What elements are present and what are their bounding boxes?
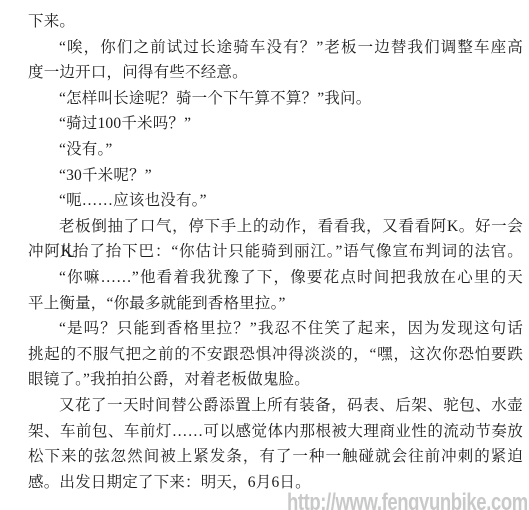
- text-line: 眼镜了。”我拍拍公爵，对着老板做鬼脸。: [28, 367, 523, 393]
- text-line: 下来。: [28, 9, 523, 35]
- text-line: 平上衡量，“你最多就能到香格里拉。”: [28, 291, 523, 317]
- text-line: “怎样叫长途呢？骑一个下午算不算？”我问。: [28, 86, 523, 112]
- text-line: 又花了一天时间替公爵添置上所有装备，码表、后架、驼包、水壶: [28, 393, 523, 419]
- text-line: 架、车前包、车前灯……可以感觉体内那根被大理商业性的流动节奏放: [28, 419, 523, 445]
- scanned-book-page: 下来。“唉，你们之前试过长途骑车没有？”老板一边替我们调整车座高度一边开口，问得…: [0, 0, 529, 510]
- text-line: 感。出发日期定了下来：明天，6月6日。: [28, 470, 523, 496]
- text-line: “唉，你们之前试过长途骑车没有？”老板一边替我们调整车座高: [28, 35, 523, 61]
- text-line: “骑过100千米吗？”: [28, 111, 523, 137]
- text-line: “是吗？只能到香格里拉？”我忍不住笑了起来，因为发现这句话: [28, 316, 523, 342]
- text-line: “呃……应该也没有。”: [28, 188, 523, 214]
- body-text: 下来。“唉，你们之前试过长途骑车没有？”老板一边替我们调整车座高度一边开口，问得…: [28, 9, 523, 495]
- text-line: 挑起的不服气把之前的不安跟恐惧冲得淡淡的，“嘿，这次你恐怕要跌: [28, 342, 523, 368]
- text-line: 老板倒抽了口气，停下手上的动作，看看我，又看看阿K。好一会儿: [28, 214, 523, 240]
- text-line: “没有。”: [28, 137, 523, 163]
- text-line: 度一边开口，问得有些不经意。: [28, 60, 523, 86]
- text-line: 冲阿K抬了抬下巴：“你估计只能骑到丽江。”语气像宣布判词的法官。: [28, 239, 523, 265]
- text-line: 松下来的弦忽然间被上紧发条，有了一种一触碰就会往前冲刺的紧迫: [28, 444, 523, 470]
- text-line: “30千米呢？”: [28, 163, 523, 189]
- text-line: “你嘛……”他看着我犹豫了下，像要花点时间把我放在心里的天: [28, 265, 523, 291]
